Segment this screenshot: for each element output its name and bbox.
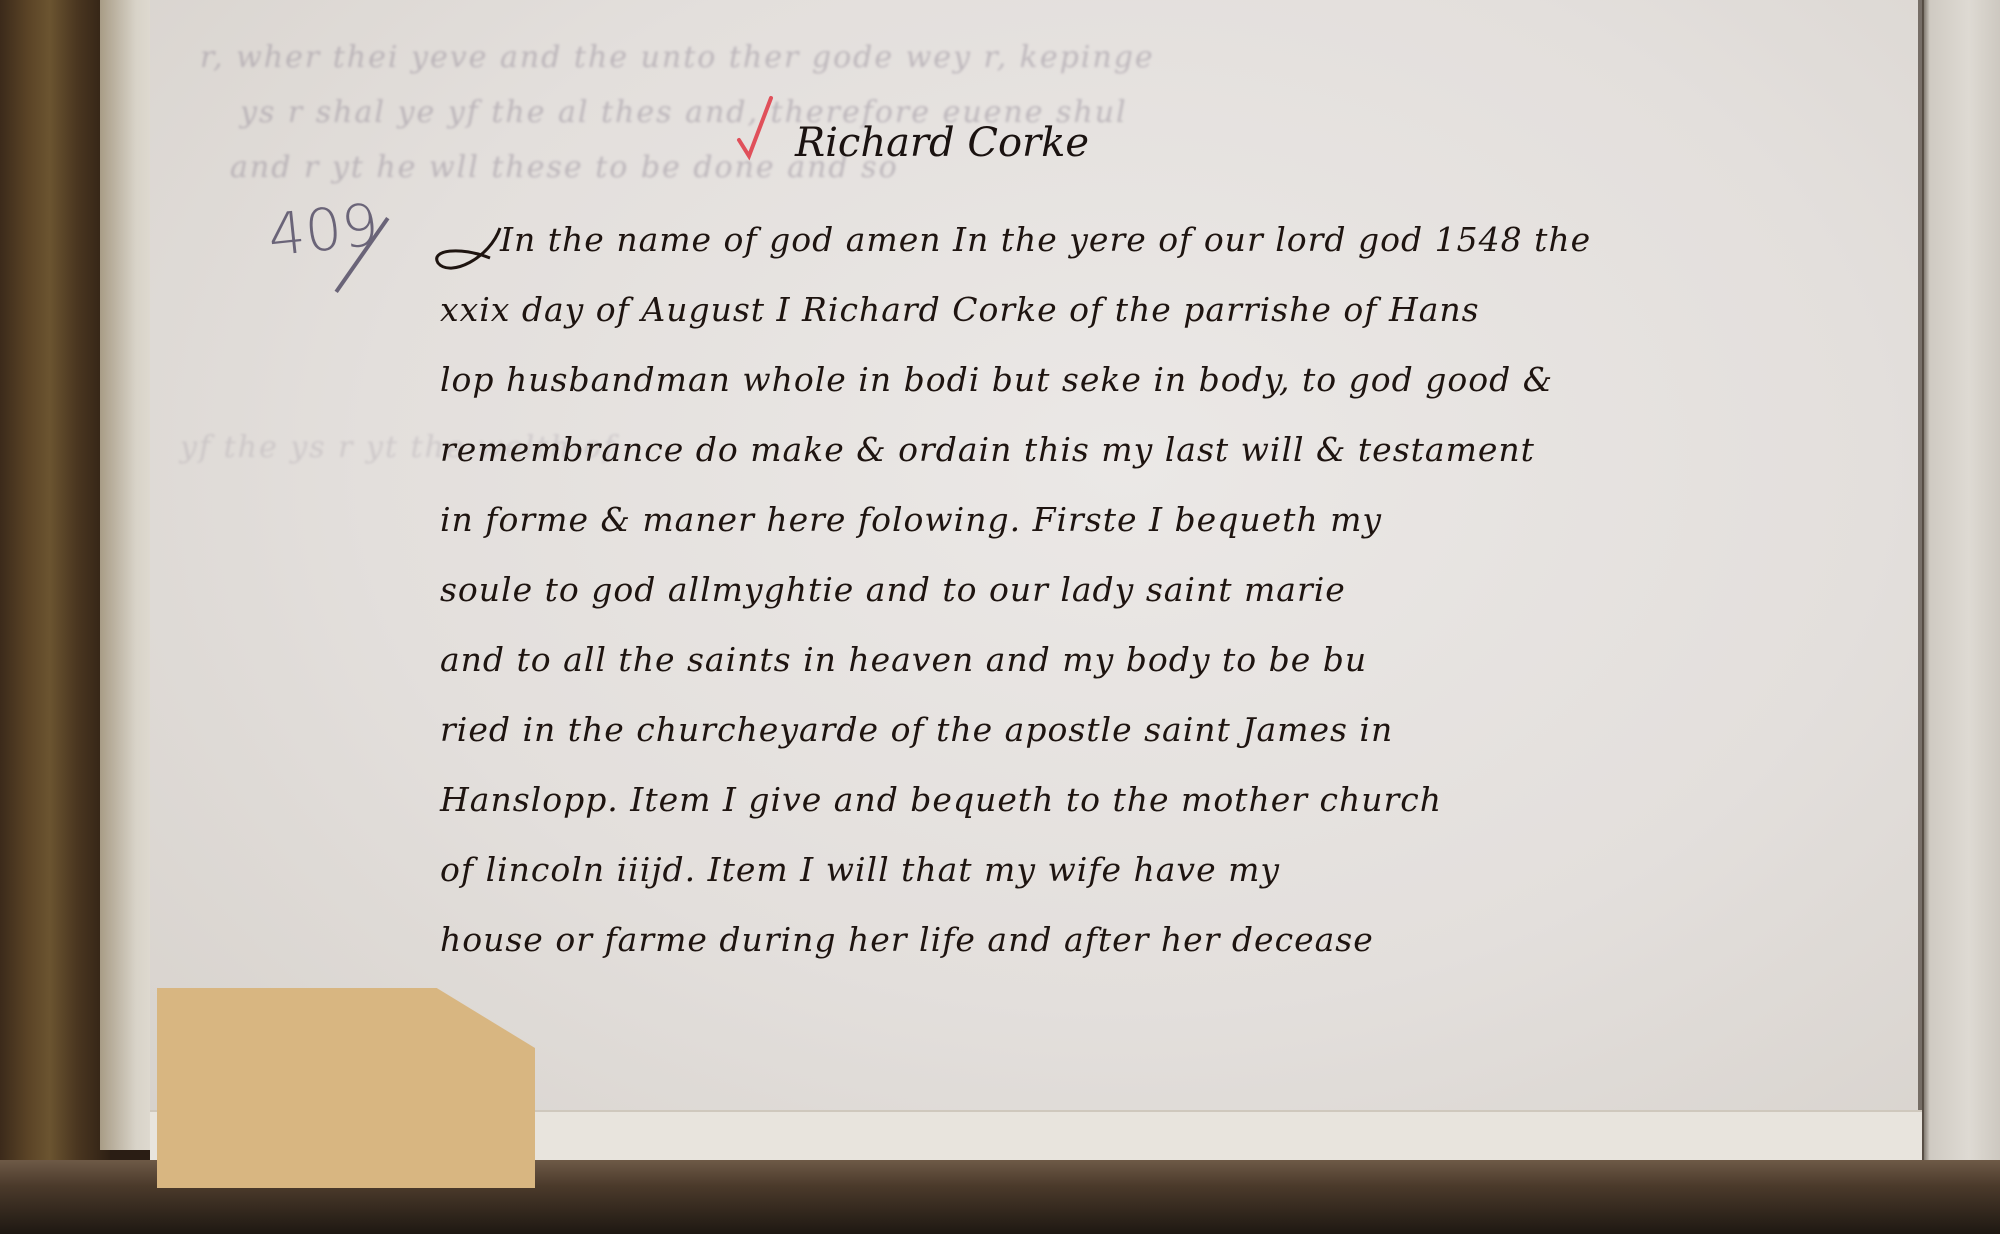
text-line: Hanslopp. Item I give and bequeth to the… [440, 765, 1920, 835]
will-text: In the name of god amen In the yere of o… [440, 205, 1920, 975]
bleed-through-line: r, wher thei yeve and the unto ther gode… [200, 40, 1155, 75]
folio-number: 409 [265, 190, 382, 269]
text-line: house or farme during her life and after… [440, 905, 1920, 975]
text-line: lop husbandman whole in bodi but seke in… [440, 345, 1920, 415]
text-line: In the name of god amen In the yere of o… [440, 205, 1920, 275]
paper-repair-patch [157, 988, 535, 1188]
facing-page-edge [1922, 0, 2000, 1170]
book-binding-left [0, 0, 110, 1234]
entry-heading: Richard Corke [795, 120, 1089, 166]
testator-name: Richard Corke [795, 120, 1089, 166]
red-check-mark-icon [735, 92, 775, 162]
text-line: soule to god allmyghtie and to our lady … [440, 555, 1920, 625]
text-line: ried in the churcheyarde of the apostle … [440, 695, 1920, 765]
text-line: xxix day of August I Richard Corke of th… [440, 275, 1920, 345]
text-line: remembrance do make & ordain this my las… [440, 415, 1920, 485]
text-line: of lincoln iiijd. Item I will that my wi… [440, 835, 1920, 905]
text-line: in forme & maner here folowing. Firste I… [440, 485, 1920, 555]
text-line: and to all the saints in heaven and my b… [440, 625, 1920, 695]
